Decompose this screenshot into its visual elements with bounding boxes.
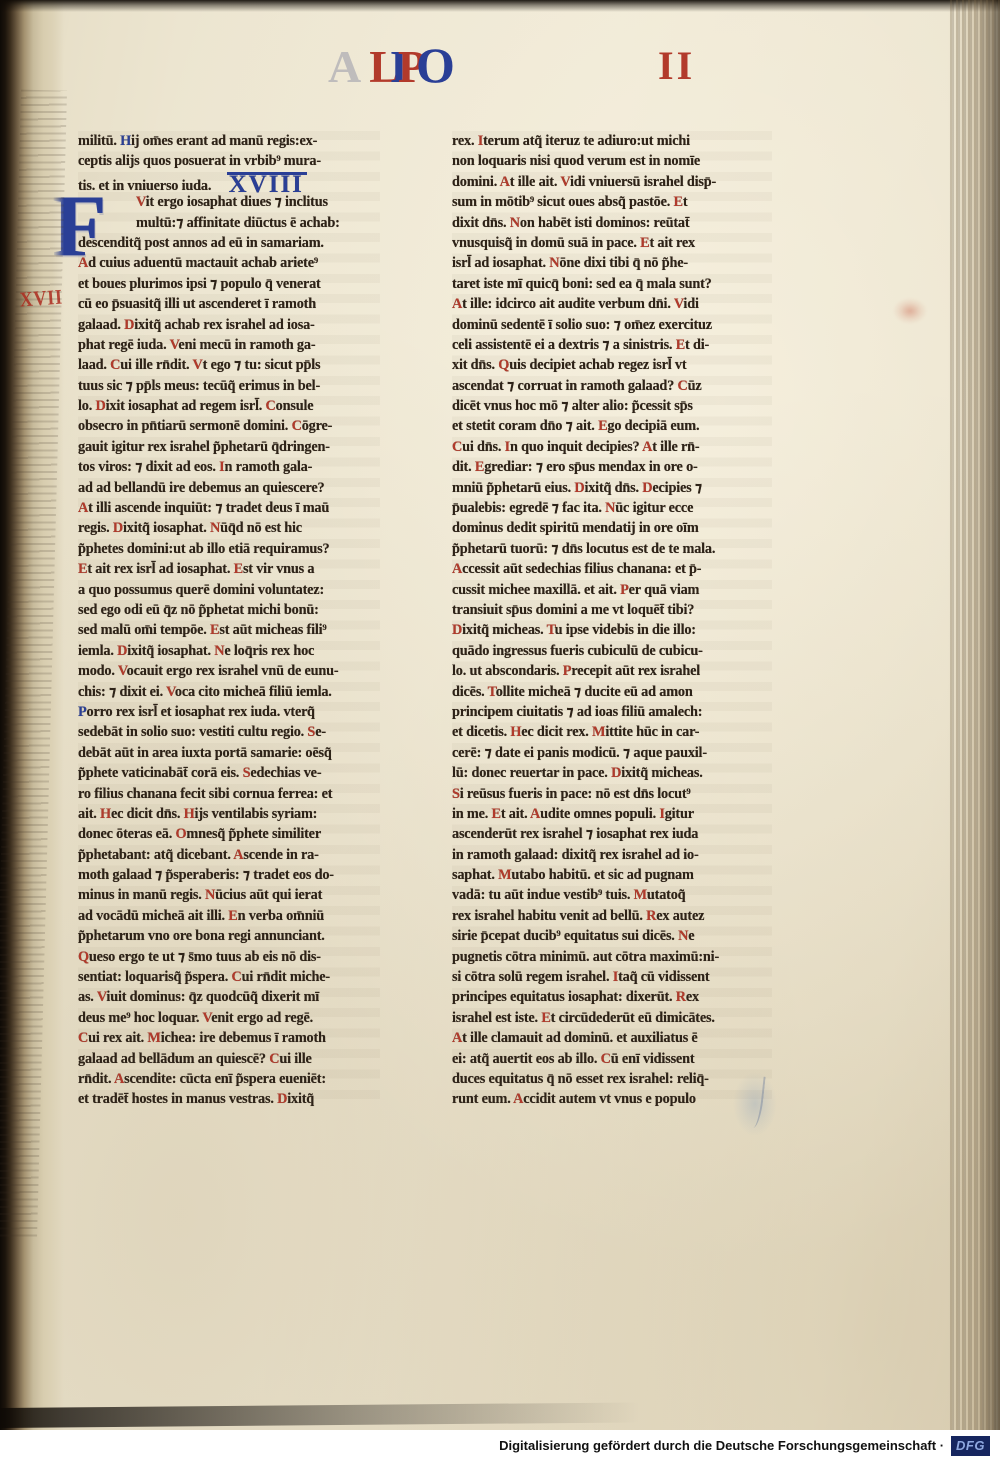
dfg-logo: DFG xyxy=(951,1436,990,1456)
text-line: sum in mōtib⁹ sicut oues absq̃ pastōe. E… xyxy=(452,192,772,212)
text-line: galaad. Dixitq̃ achab rex israhel ad ios… xyxy=(78,315,380,335)
text-line: lo. Dixit iosaphat ad regem isrl̄. Consu… xyxy=(78,396,380,416)
text-line: ascendat ⁊ corruat in ramoth galaad? Cūz xyxy=(452,376,772,396)
text-line: p̄ualebis: egredē ⁊ fac ita. Nūc igitur … xyxy=(452,498,772,518)
digitization-credit-bar: Digitalisierung gefördert durch die Deut… xyxy=(0,1430,1000,1461)
text-line: sed ego odi eū q̄z nō p̃phetat michi bon… xyxy=(78,600,380,620)
page-top-edge xyxy=(0,0,1000,12)
previous-page-chapter-numeral: XVII xyxy=(19,285,64,313)
text-line: minus in manū regis. Nūcius aūt qui iera… xyxy=(78,885,380,905)
text-line: regis. Dixitq̃ iosaphat. Nūq̄d nō est hi… xyxy=(78,518,380,538)
text-line: Cui dn̄s. In quo inquit decipies? At ill… xyxy=(452,437,772,457)
text-line: obsecro in pn̄tiarū sermonē domini. Cōgr… xyxy=(78,416,380,436)
showthrough-letter: A xyxy=(328,40,361,94)
text-line: mniū p̃phetarū eius. Dixitq̃ dn̄s. Decip… xyxy=(452,478,772,498)
text-line: vnusquisq̃ in domū suā in pace. Et ait r… xyxy=(452,233,772,253)
text-line: p̃phetarum vno ore bona regi annunciant. xyxy=(78,926,380,946)
running-title: ALIPO xyxy=(328,38,455,92)
running-title-letter: O xyxy=(416,38,455,92)
text-line: tis. et in vniuerso iuda. XVIII xyxy=(78,172,380,192)
book-number: II xyxy=(658,42,695,89)
text-line: At illi ascende inquiūt: ⁊ tradet deus ī… xyxy=(78,498,380,518)
text-line: Si reūsus fueris in pace: nō est dn̄s lo… xyxy=(452,784,772,804)
text-column-right: rex. Iterum atq̃ iteruz te adiuro:ut mic… xyxy=(452,131,772,1110)
text-line: dicēs. Tollite micheā ⁊ ducite eū ad amo… xyxy=(452,682,772,702)
text-line: lū: donec reuertar in pace. Dixitq̃ mich… xyxy=(452,763,772,783)
text-line: Dixitq̃ micheas. Tu ipse videbis in die … xyxy=(452,620,772,640)
text-line: Vit ergo iosaphat diues ⁊ inclitus xyxy=(78,192,380,212)
text-line: donec ōteras eā. Omnesq̃ p̃phete similit… xyxy=(78,824,380,844)
text-line: ceptis alijs quos posuerat in vrbib⁹ mur… xyxy=(78,151,380,171)
text-line: ad vocādū micheā ait illi. En verba om̄n… xyxy=(78,906,380,926)
text-line: laad. Cui ille rn̄dit. Vt ego ⁊ tu: sicu… xyxy=(78,355,380,375)
text-line: isrl̄ ad iosaphat. Nōne dixi tibi q̄ nō … xyxy=(452,253,772,273)
text-line: tuus sic ⁊ pp̄ls meus: tecūq̃ erimus in … xyxy=(78,376,380,396)
text-line: chis: ⁊ dixit ei. Voca cito micheā filiū… xyxy=(78,682,380,702)
text-line: et dicetis. Hec dicit rex. Mittite hūc i… xyxy=(452,722,772,742)
text-line: p̃phetes domini:ut ab illo etiā requiram… xyxy=(78,539,380,559)
page-bottom-edge xyxy=(0,1402,640,1428)
text-line: celi assistentē ei a dextris ⁊ a sinistr… xyxy=(452,335,772,355)
red-ink-stain xyxy=(893,298,927,324)
text-line: cerē: ⁊ date ei panis modicū. ⁊ aque pau… xyxy=(452,743,772,763)
text-line: Queso ergo te ut ⁊ s̄mo tuus ab eis nō d… xyxy=(78,947,380,967)
text-line: At ille clamauit ad dominū. et auxiliatu… xyxy=(452,1028,772,1048)
text-line: saphat. Mutabo habitū. et sic ad pugnam xyxy=(452,865,772,885)
text-line: descenditq̃ post annos ad eū in samariam… xyxy=(78,233,380,253)
text-line: sentiat: loquarisq̃ p̃spera. Cui rn̄dit … xyxy=(78,967,380,987)
text-line: deus me⁹ hoc loquar. Venit ergo ad regē. xyxy=(78,1008,380,1028)
text-line: dicēt vnus hoc mō ⁊ alter alio: p̃cessit… xyxy=(452,396,772,416)
text-line: cussit michee maxillā. et ait. Per quā v… xyxy=(452,580,772,600)
text-line: dominus dedit spiritū mendatij in ore oī… xyxy=(452,518,772,538)
text-line: cū eo p̄suasitq̃ illi ut ascenderet ī ra… xyxy=(78,294,380,314)
text-line: si cōtra solū regem israhel. Itaq̃ cū vi… xyxy=(452,967,772,987)
text-line: militū. Hij om̄es erant ad manū regis:ex… xyxy=(78,131,380,151)
previous-page-text-edge xyxy=(0,90,67,1241)
text-line: vadā: tu aūt indue vestib⁹ tuis. Mutatoq… xyxy=(452,885,772,905)
running-title-letters: LIPO xyxy=(369,41,455,92)
text-line: xit dn̄s. Quis decipiet achab regez isrl… xyxy=(452,355,772,375)
text-line: israhel est iste. Et circūdederūt eū dim… xyxy=(452,1008,772,1028)
text-line: ascenderūt rex israhel ⁊ iosaphat rex iu… xyxy=(452,824,772,844)
blue-ink-offset-stain xyxy=(733,1072,777,1136)
text-line: multū:⁊ affinitate diūctus ē achab: xyxy=(78,213,380,233)
text-line: iemla. Dixitq̃ iosaphat. Ne loq̄ris rex … xyxy=(78,641,380,661)
text-line: moth galaad ⁊ p̃speraberis: ⁊ tradet eos… xyxy=(78,865,380,885)
text-line: dixit dn̄s. Non habēt isti dominos: reūt… xyxy=(452,213,772,233)
text-line: p̃phetabant: atq̃ dicebant. Ascende in r… xyxy=(78,845,380,865)
text-line: quādo ingressus fueris cubiculū de cubic… xyxy=(452,641,772,661)
text-line: dominū sedentē ī solio suo: ⁊ om̄ez exer… xyxy=(452,315,772,335)
text-line: galaad ad bellādum an quiescē? Cui ille xyxy=(78,1049,380,1069)
column-right: rex. Iterum atq̃ iteruz te adiuro:ut mic… xyxy=(452,131,772,1110)
text-line: At ille: idcirco ait audite verbum dn̄i.… xyxy=(452,294,772,314)
text-line: Ad cuius aduentū mactauit achab ariete⁹ xyxy=(78,253,380,273)
text-line: ad ad bellandū ire debemus an quiescere? xyxy=(78,478,380,498)
text-line: debāt aūt in area iuxta portā samarie: o… xyxy=(78,743,380,763)
text-line: sirie p̄cepat ducib⁹ equitatus sui dicēs… xyxy=(452,926,772,946)
text-line: et stetit coram dn̄o ⁊ ait. Ego decipiā … xyxy=(452,416,772,436)
text-line: sedebāt in solio suo: vestiti cultu regi… xyxy=(78,722,380,742)
text-line: ei: atq̃ auertit eos ab illo. Cū enī vid… xyxy=(452,1049,772,1069)
text-line: rex. Iterum atq̃ iteruz te adiuro:ut mic… xyxy=(452,131,772,151)
text-line: dit. Egrediar: ⁊ ero sp̄us mendax in ore… xyxy=(452,457,772,477)
text-line: Accessit aūt sedechias filius chanana: e… xyxy=(452,559,772,579)
text-line: phat regē iuda. Veni mecū in ramoth ga- xyxy=(78,335,380,355)
text-line: transiuit sp̄us domini a me vt loquēt̄ t… xyxy=(452,600,772,620)
text-line: et boues plurimos ipsi ⁊ populo q̄ vener… xyxy=(78,274,380,294)
text-column-left: F militū. Hij om̄es erant ad manū regis:… xyxy=(78,131,380,1110)
column-left: militū. Hij om̄es erant ad manū regis:ex… xyxy=(78,131,380,1110)
text-line: ro filius chanana fecit sibi cornua ferr… xyxy=(78,784,380,804)
manuscript-scan-page: ALIPO II F militū. Hij om̄es erant ad ma… xyxy=(0,0,1000,1461)
text-line: principes equitatus iosaphat: dixerūt. R… xyxy=(452,987,772,1007)
text-line: pugnetis cōtra minimū. aut cōtra maximū:… xyxy=(452,947,772,967)
text-line: sed malū om̄i tempōe. Est aūt micheas fi… xyxy=(78,620,380,640)
text-line: et tradēt̄ hostes in manus vestras. Dixi… xyxy=(78,1089,380,1109)
text-line: lo. ut abscondaris. Precepit aūt rex isr… xyxy=(452,661,772,681)
text-line: Porro rex isrl̄ et iosaphat rex iuda. vt… xyxy=(78,702,380,722)
text-line: rex israhel habitu venit ad bellū. Rex a… xyxy=(452,906,772,926)
text-line: non loquaris nisi quod verum est in nomī… xyxy=(452,151,772,171)
text-line: taret iste mī quicq̄ boni: sed ea q̄ mal… xyxy=(452,274,772,294)
text-line: a quo possumus querē domini voluntatez: xyxy=(78,580,380,600)
text-line: as. Viuit dominus: q̄z quodcūq̃ dixerit … xyxy=(78,987,380,1007)
text-line: ait. Hec dicit dn̄s. Hijs ventilabis syr… xyxy=(78,804,380,824)
parchment-page: ALIPO II F militū. Hij om̄es erant ad ma… xyxy=(0,0,1000,1430)
text-line: principem ciuitatis ⁊ ad ioas filiū amal… xyxy=(452,702,772,722)
text-line: domini. At ille ait. Vidi vniuersū israh… xyxy=(452,172,772,192)
text-line: in me. Et ait. Audite omnes populi. Igit… xyxy=(452,804,772,824)
credit-text: Digitalisierung gefördert durch die Deut… xyxy=(499,1438,944,1453)
text-line: Cui rex ait. Michea: ire debemus ī ramot… xyxy=(78,1028,380,1048)
text-line: p̃phete vaticinabāt̄ corā eis. Sedechias… xyxy=(78,763,380,783)
text-line: Et ait rex isrl̄ ad iosaphat. Est vir vn… xyxy=(78,559,380,579)
text-line: gauit igitur rex israhel p̃phetarū q̄dri… xyxy=(78,437,380,457)
text-line: runt eum. Accidit autem vt vnus e populo xyxy=(452,1089,772,1109)
text-line: tos viros: ⁊ dixit ad eos. In ramoth gal… xyxy=(78,457,380,477)
text-line: in ramoth galaad: dixitq̃ rex israhel ad… xyxy=(452,845,772,865)
page-stack-right-edge xyxy=(948,0,1000,1430)
text-line: p̃phetarū tuorū: ⁊ dn̄s locutus est de t… xyxy=(452,539,772,559)
text-line: rn̄dit. Ascendite: cūcta enī p̃spera eue… xyxy=(78,1069,380,1089)
text-line: duces equitatus q̄ nō esset rex israhel:… xyxy=(452,1069,772,1089)
book-gutter-edge xyxy=(0,0,64,1430)
text-line: modo. Vocauit ergo rex israhel vnū de eu… xyxy=(78,661,380,681)
